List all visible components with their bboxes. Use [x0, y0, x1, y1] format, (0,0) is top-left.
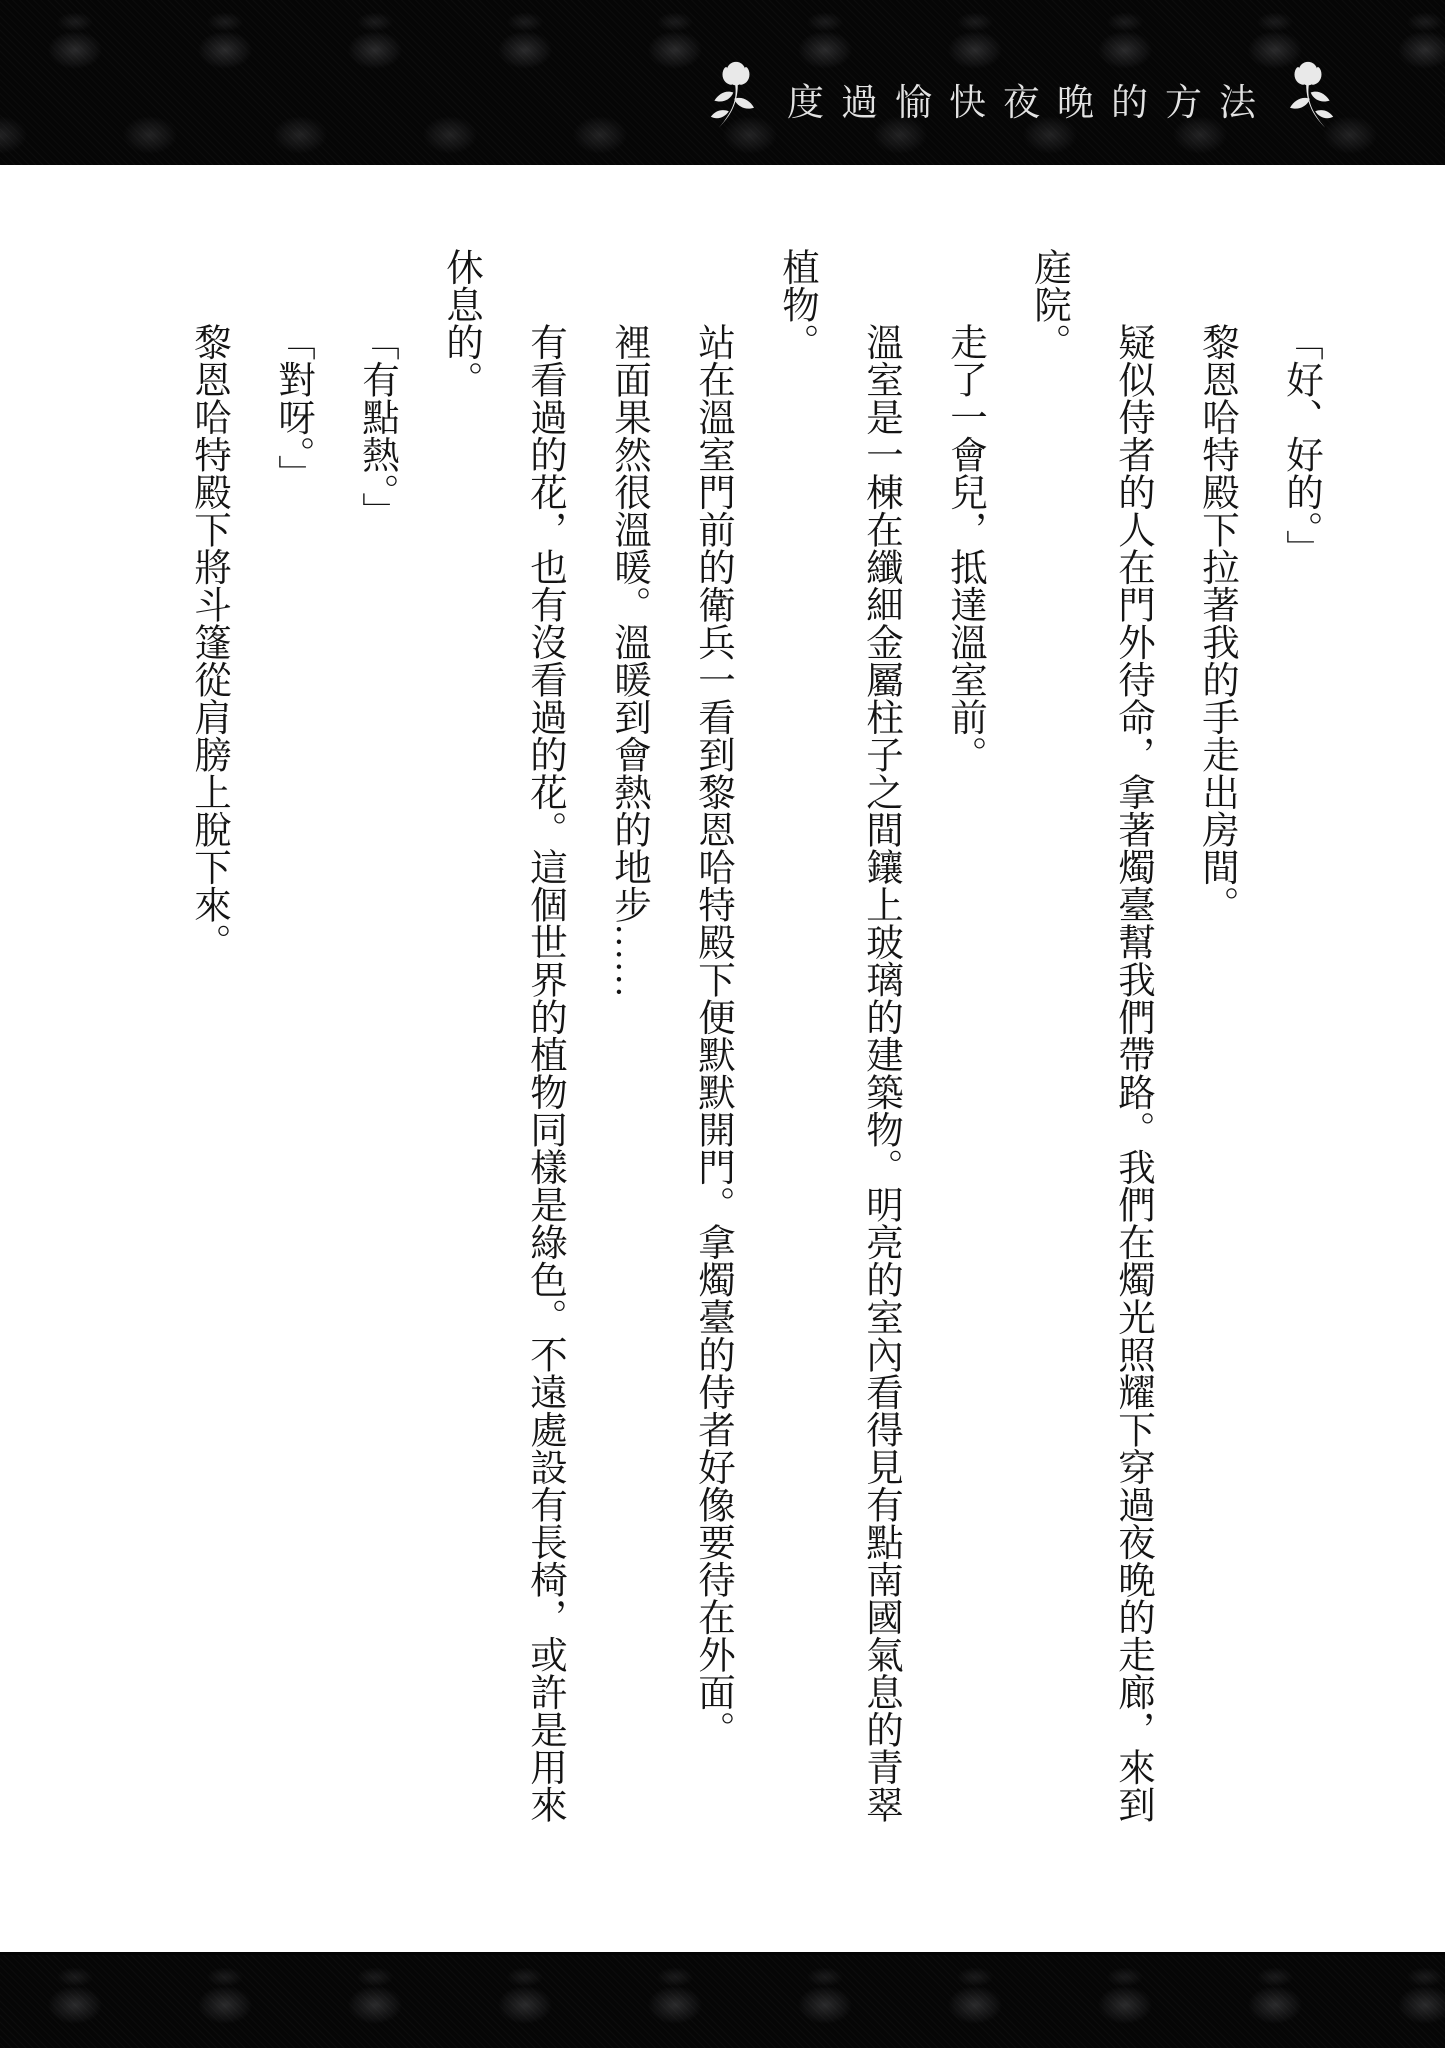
paragraph: 黎恩哈特殿下將斗篷從肩膀上脫下來。	[166, 248, 250, 1828]
paragraph: 疑似侍者的人在門外待命，拿著燭臺幫我們帶路。我們在燭光照耀下穿過夜晚的走廊，來到…	[1006, 248, 1174, 1828]
paragraph: 走了一會兒，抵達溫室前。	[922, 248, 1006, 1828]
flower-icon	[1281, 58, 1335, 136]
paragraph: 有看過的花，也有沒看過的花。這個世界的植物同樣是綠色。不遠處設有長椅，或許是用來…	[418, 248, 586, 1828]
running-header-title: 度過愉快夜晚的方法	[787, 50, 1273, 144]
flower-icon	[709, 58, 763, 136]
top-ornament-band: 度過愉快夜晚的方法	[0, 0, 1445, 165]
paragraph: 裡面果然很溫暖。溫暖到會熱的地步……	[586, 248, 670, 1828]
bottom-ornament-band	[0, 1952, 1445, 2048]
book-page: 度過愉快夜晚的方法 「好、好的。」 黎恩哈特殿下拉著我的手走出房間。 疑似侍者的…	[0, 0, 1445, 2048]
page-header: 度過愉快夜晚的方法	[709, 50, 1335, 144]
paragraph: 黎恩哈特殿下拉著我的手走出房間。	[1174, 248, 1258, 1828]
paragraph: 溫室是一棟在纖細金屬柱子之間鑲上玻璃的建築物。明亮的室內看得見有點南國氣息的青翠…	[754, 248, 922, 1828]
paragraph: 「有點熱。」	[334, 248, 418, 1828]
novel-text-block: 「好、好的。」 黎恩哈特殿下拉著我的手走出房間。 疑似侍者的人在門外待命，拿著燭…	[166, 248, 1342, 1828]
paragraph: 「好、好的。」	[1258, 248, 1342, 1828]
paragraph: 「對呀。」	[250, 248, 334, 1828]
paragraph: 站在溫室門前的衛兵一看到黎恩哈特殿下便默默開門。拿燭臺的侍者好像要待在外面。	[670, 248, 754, 1828]
